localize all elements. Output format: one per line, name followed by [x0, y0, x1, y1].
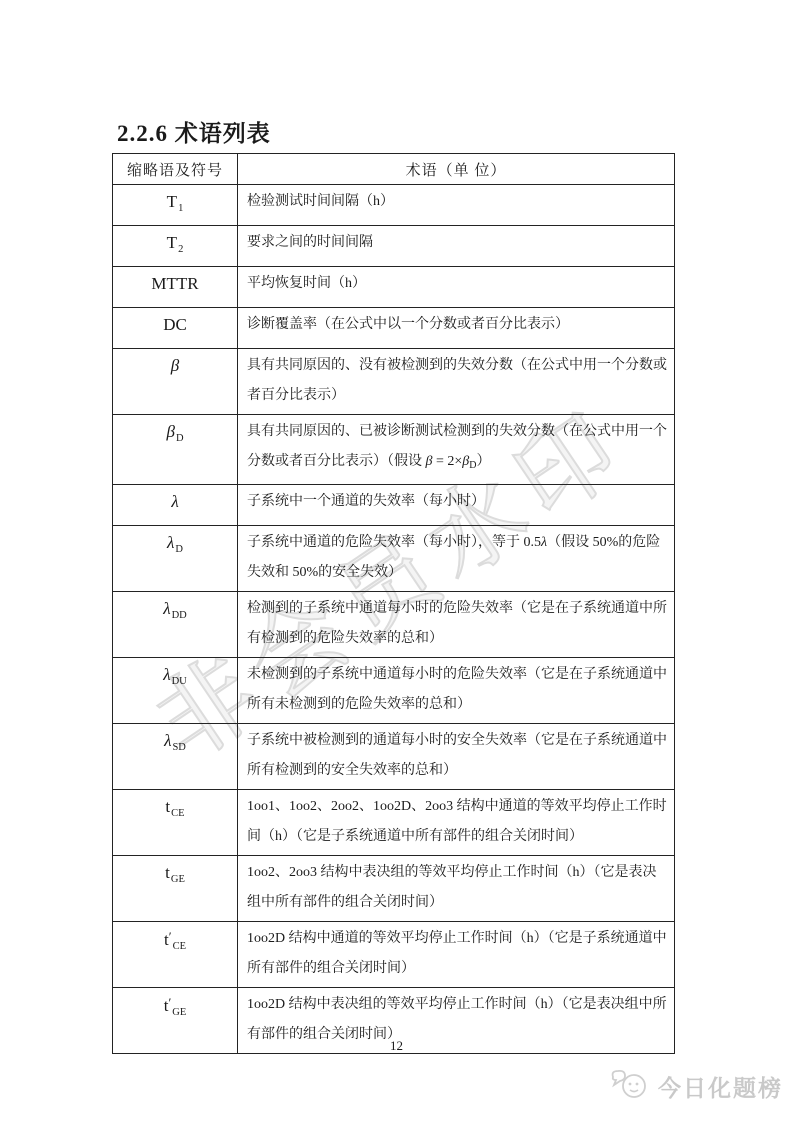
table-row: β具有共同原因的、没有被检测到的失效分数（在公式中用一个分数或者百分比表示） — [113, 349, 675, 415]
term-cell: 子系统中一个通道的失效率（每小时） — [238, 485, 675, 526]
table-row: λD子系统中通道的危险失效率（每小时），等于 0.5λ（假设 50%的危险失效和… — [113, 526, 675, 592]
symbol-cell: t′CE — [113, 922, 238, 988]
term-cell: 1oo2、2oo3 结构中表决组的等效平均停止工作时间（h）（它是表决组中所有部… — [238, 856, 675, 922]
table-row: tGE1oo2、2oo3 结构中表决组的等效平均停止工作时间（h）（它是表决组中… — [113, 856, 675, 922]
symbol-cell: tCE — [113, 790, 238, 856]
table-row: MTTR平均恢复时间（h） — [113, 267, 675, 308]
symbol-cell: λSD — [113, 724, 238, 790]
brand-logo: 今日化题榜 — [609, 1066, 783, 1106]
table-row: λ子系统中一个通道的失效率（每小时） — [113, 485, 675, 526]
term-cell: 子系统中被检测到的通道每小时的安全失效率（它是在子系统通道中所有检测到的安全失效… — [238, 724, 675, 790]
term-cell: 具有共同原因的、没有被检测到的失效分数（在公式中用一个分数或者百分比表示） — [238, 349, 675, 415]
term-cell: 未检测到的子系统中通道每小时的危险失效率（它是在子系统通道中所有未检测到的危险失… — [238, 658, 675, 724]
brand-name: 今日化题榜 — [658, 1070, 783, 1103]
term-cell: 平均恢复时间（h） — [238, 267, 675, 308]
symbol-cell: λDD — [113, 592, 238, 658]
document-page: 非会员水印 2.2.6 术语列表 缩略语及符号 术语（单 位） T1检验测试时间… — [0, 0, 793, 1122]
column-header-symbol: 缩略语及符号 — [113, 154, 238, 185]
symbol-cell: β — [113, 349, 238, 415]
term-cell: 1oo1、1oo2、2oo2、1oo2D、2oo3 结构中通道的等效平均停止工作… — [238, 790, 675, 856]
page-number: 12 — [0, 1038, 793, 1054]
terminology-table-body: T1检验测试时间间隔（h）T2要求之间的时间间隔MTTR平均恢复时间（h）DC诊… — [113, 185, 675, 1054]
term-cell: 诊断覆盖率（在公式中以一个分数或者百分比表示） — [238, 308, 675, 349]
table-row: T1检验测试时间间隔（h） — [113, 185, 675, 226]
symbol-cell: λD — [113, 526, 238, 592]
term-cell: 检测到的子系统中通道每小时的危险失效率（它是在子系统通道中所有检测到的危险失效率… — [238, 592, 675, 658]
term-cell: 子系统中通道的危险失效率（每小时），等于 0.5λ（假设 50%的危险失效和 5… — [238, 526, 675, 592]
section-title: 2.2.6 术语列表 — [117, 115, 271, 148]
table-row: tCE1oo1、1oo2、2oo2、1oo2D、2oo3 结构中通道的等效平均停… — [113, 790, 675, 856]
symbol-cell: λDU — [113, 658, 238, 724]
table-row: DC诊断覆盖率（在公式中以一个分数或者百分比表示） — [113, 308, 675, 349]
table-row: λSD子系统中被检测到的通道每小时的安全失效率（它是在子系统通道中所有检测到的安… — [113, 724, 675, 790]
symbol-cell: tGE — [113, 856, 238, 922]
symbol-cell: T1 — [113, 185, 238, 226]
table-row: βD具有共同原因的、已被诊断测试检测到的失效分数（在公式中用一个分数或者百分比表… — [113, 415, 675, 485]
table-row: T2要求之间的时间间隔 — [113, 226, 675, 267]
term-cell: 具有共同原因的、已被诊断测试检测到的失效分数（在公式中用一个分数或者百分比表示）… — [238, 415, 675, 485]
table-header-row: 缩略语及符号 术语（单 位） — [113, 154, 675, 185]
symbol-cell: βD — [113, 415, 238, 485]
brand-mascot-icon — [609, 1067, 651, 1106]
symbol-cell: λ — [113, 485, 238, 526]
term-cell: 检验测试时间间隔（h） — [238, 185, 675, 226]
table-row: λDU未检测到的子系统中通道每小时的危险失效率（它是在子系统通道中所有未检测到的… — [113, 658, 675, 724]
column-header-term: 术语（单 位） — [238, 154, 675, 185]
table-row: t′CE1oo2D 结构中通道的等效平均停止工作时间（h）（它是子系统通道中所有… — [113, 922, 675, 988]
terminology-table: 缩略语及符号 术语（单 位） T1检验测试时间间隔（h）T2要求之间的时间间隔M… — [112, 153, 675, 1054]
table-row: λDD检测到的子系统中通道每小时的危险失效率（它是在子系统通道中所有检测到的危险… — [113, 592, 675, 658]
term-cell: 要求之间的时间间隔 — [238, 226, 675, 267]
symbol-cell: T2 — [113, 226, 238, 267]
symbol-cell: DC — [113, 308, 238, 349]
symbol-cell: MTTR — [113, 267, 238, 308]
term-cell: 1oo2D 结构中通道的等效平均停止工作时间（h）（它是子系统通道中所有部件的组… — [238, 922, 675, 988]
